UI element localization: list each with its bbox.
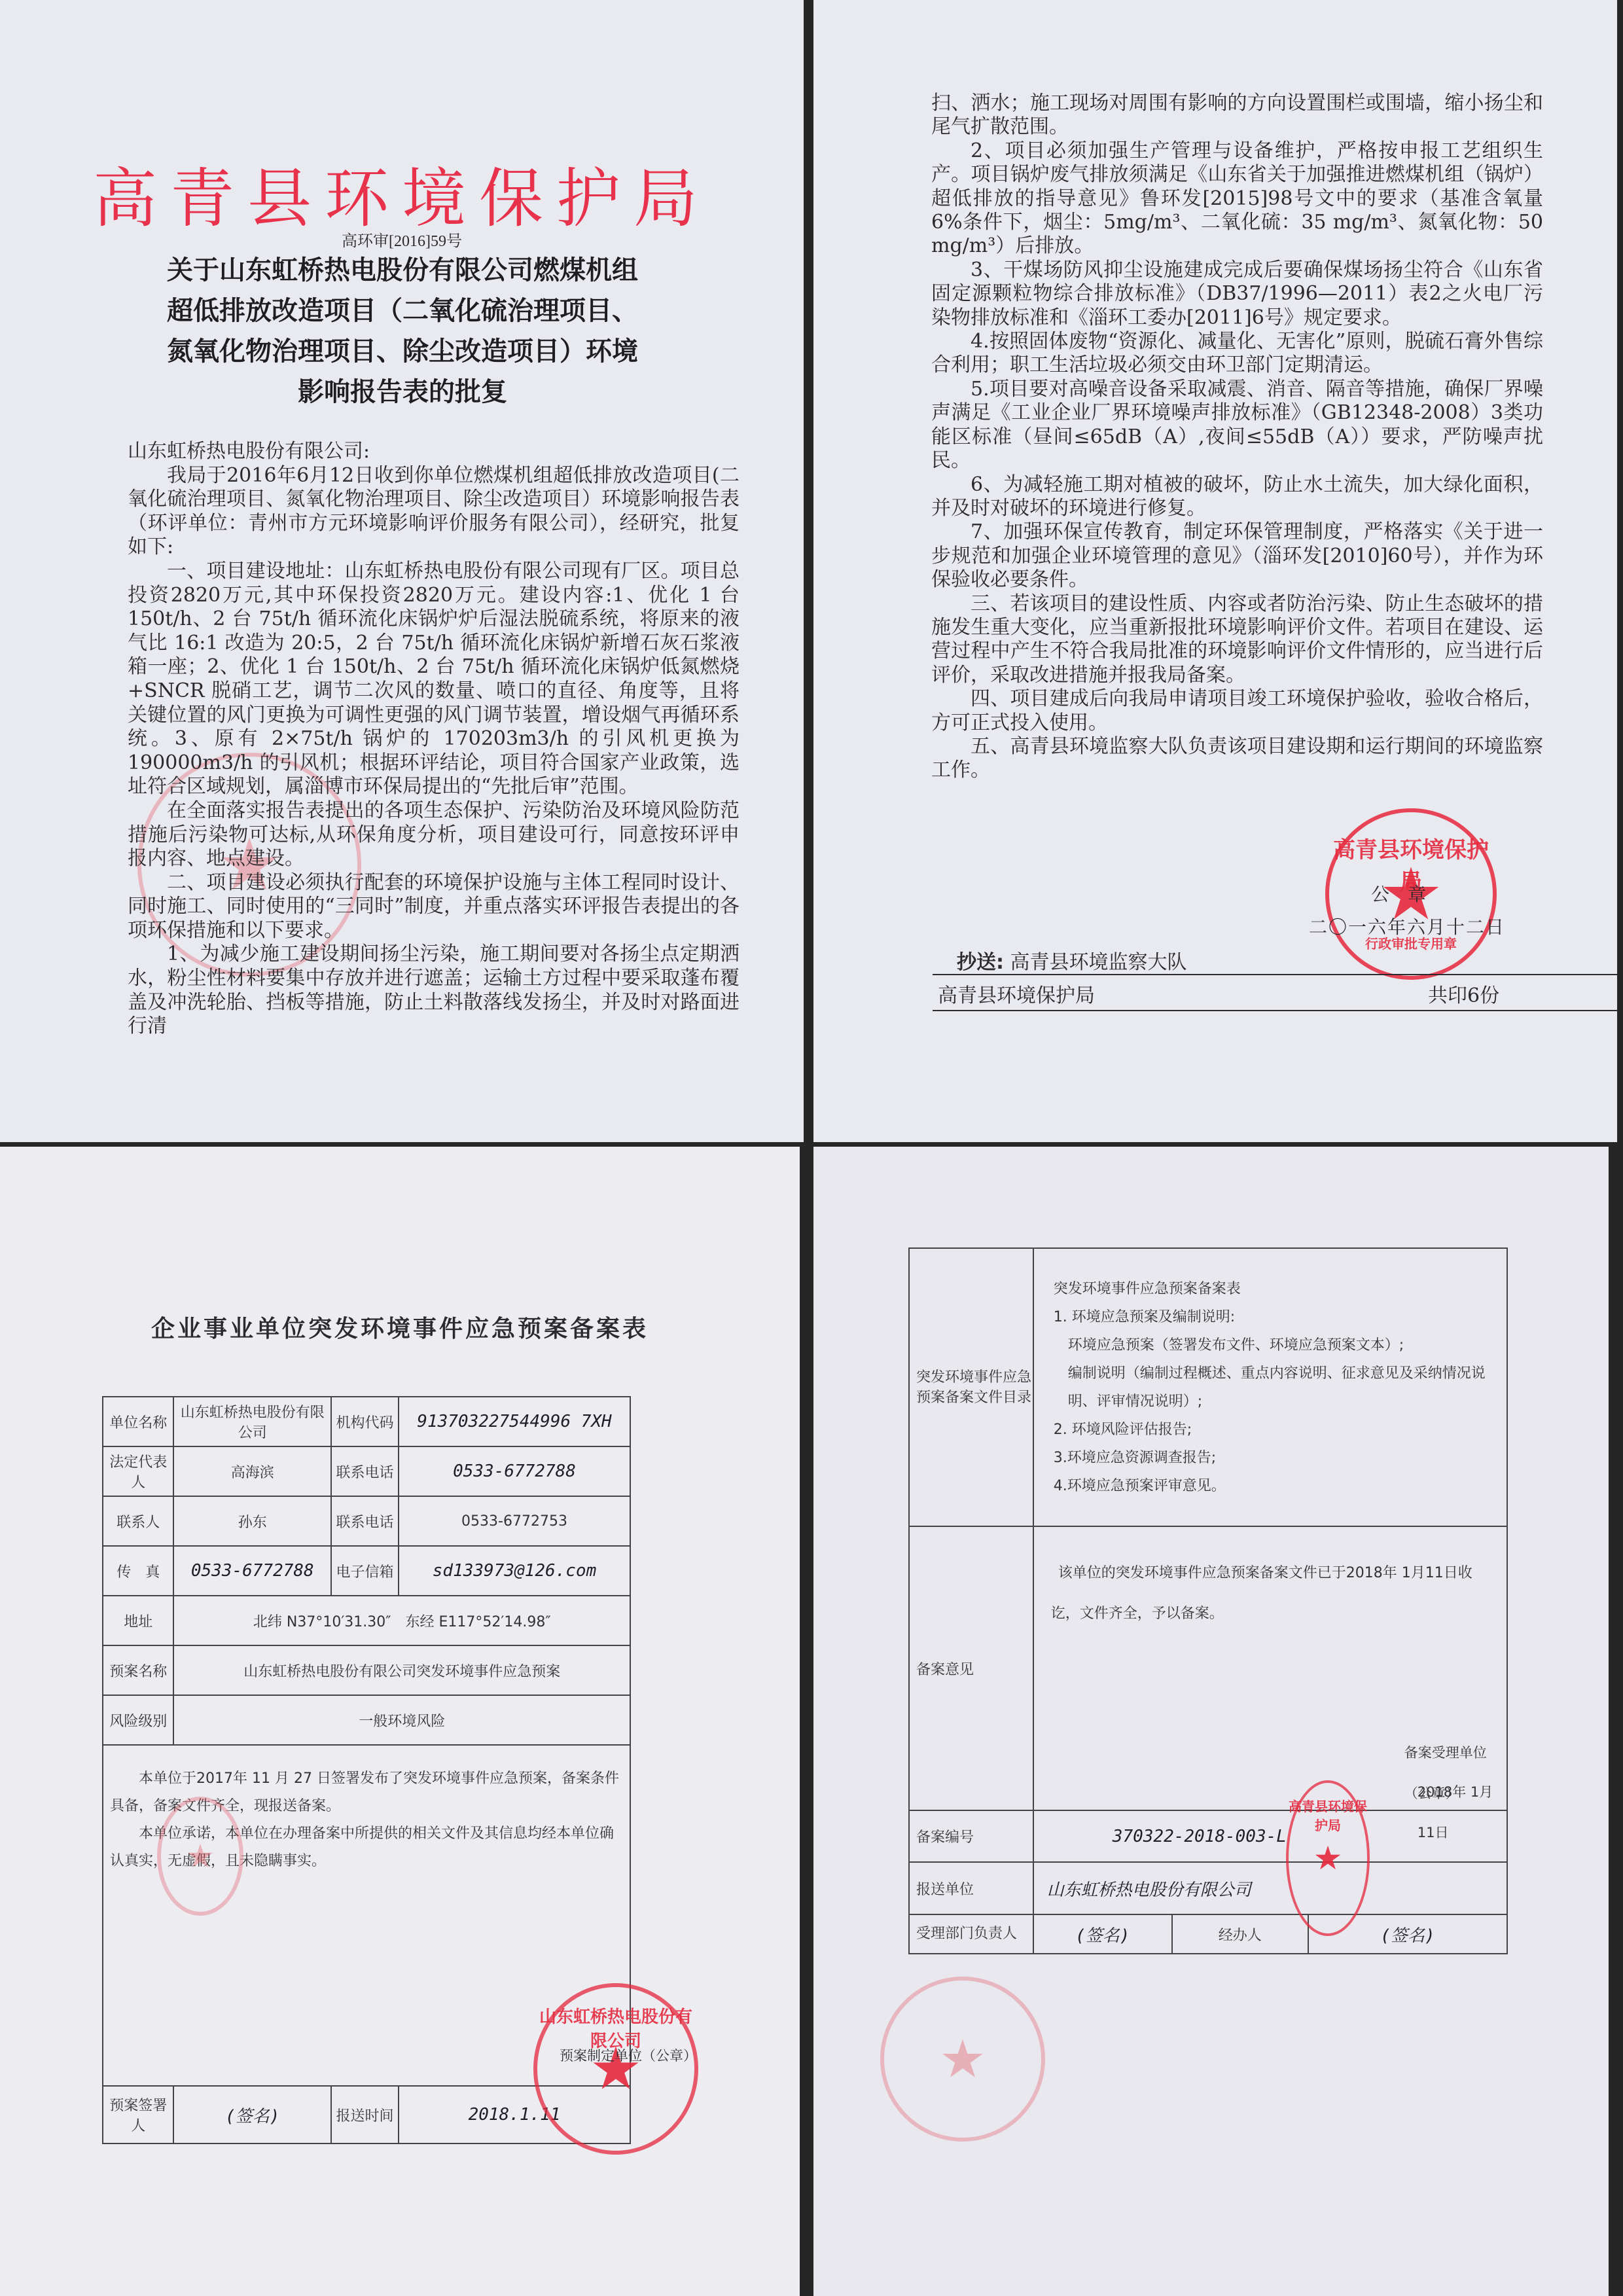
cc-value: 高青县环境监察大队 (1010, 951, 1187, 974)
copies-count: 共印6份 (1428, 979, 1499, 1008)
risk-level-value: 一般环境风险 (173, 1695, 630, 1745)
table-row: 预案名称 山东虹桥热电股份有限公司突发环境事件应急预案 (103, 1645, 630, 1695)
toc-item: 2. 环境风险评估报告; (1054, 1416, 1506, 1444)
table-row: 单位名称 山东虹桥热电股份有限公司 机构代码 913703227544996 7… (103, 1397, 630, 1446)
table-row: 联系人 孙东 联系电话 0533-6772753 (103, 1496, 630, 1546)
risk-level-label: 风险级别 (103, 1695, 173, 1745)
issue-date: 二〇一六年六月十二日 (1309, 913, 1505, 939)
receiving-date: 2018年 1月 11日 (1418, 1772, 1493, 1853)
handler-signature: (签名) (1308, 1914, 1507, 1954)
email-label: 电子信箱 (331, 1546, 399, 1596)
phone-label: 联系电话 (331, 1496, 399, 1546)
submitting-unit-label: 报送单位 (909, 1862, 1033, 1914)
issuer: 高青县环境保护局 (938, 979, 1095, 1008)
fax-label: 传 真 (103, 1546, 173, 1596)
stamp-label: 预案制定单位（公章） (560, 2045, 697, 2065)
signer-label: 预案签署人 (103, 2086, 173, 2144)
opinion-stamp-area: 备案受理单位（公章） 2018年 1月 11日 (1051, 1634, 1493, 1778)
toc-item: 1. 环境应急预案及编制说明: (1054, 1303, 1506, 1331)
statement-paragraph: 本单位于2017年 11 月 27 日签署发布了突发环境事件应急预案，备案条件具… (110, 1765, 623, 1820)
submit-time-label: 报送时间 (331, 2086, 399, 2144)
address-value: 北纬 N37°10′31.30″ 东经 E117°52′14.98″ (173, 1596, 630, 1645)
plan-name-label: 预案名称 (103, 1645, 173, 1695)
legal-rep-label: 法定代表人 (103, 1446, 173, 1496)
letter-body-page-2: 扫、洒水；施工现场对周围有影响的方向设置围栏或围墙，缩小扬尘和尾气扩散范围。2、… (931, 92, 1543, 783)
paragraph: 2、项目必须加强生产管理与设备维护，严格按申报工艺组织生产。项目锅炉废气排放须满… (931, 139, 1543, 259)
table-row: 传 真 0533-6772788 电子信箱 sd133973@126.com (103, 1546, 630, 1596)
org-code-value: 913703227544996 7XH (399, 1397, 630, 1446)
toc-list: 突发环境事件应急预案备案表1. 环境应急预案及编制说明:环境应急预案（签署发布文… (1033, 1248, 1507, 1526)
dept-head-label: 受理部门负责人 (909, 1914, 1033, 1954)
document-number: 高环审[2016]59号 (0, 228, 804, 251)
cc-line: 抄送: 高青县环境监察大队 (957, 946, 1187, 975)
paragraph: 我局于2016年6月12日收到你单位燃煤机组超低排放改造项目(二氧化硫治理项目、… (128, 464, 740, 560)
paragraph: 4.按照固体废物“资源化、减量化、无害化”原则，脱硫石膏外售综合利用；职工生活垃… (931, 330, 1543, 378)
document-title: 关于山东虹桥热电股份有限公司燃煤机组超低排放改造项目（二氧化硫治理项目、氮氧化物… (157, 250, 648, 412)
salutation: 山东虹桥热电股份有限公司: (128, 440, 740, 464)
toc-item: 4.环境应急预案评审意见。 (1054, 1472, 1506, 1500)
submitting-unit-value: 山东虹桥热电股份有限公司 (1033, 1862, 1507, 1914)
divider (933, 974, 1617, 975)
legal-rep-value: 高海滨 (173, 1446, 331, 1496)
table-row: 本单位于2017年 11 月 27 日签署发布了突发环境事件应急预案，备案条件具… (103, 1745, 630, 2086)
paragraph: 6、为减轻施工期对植被的破坏，防止水土流失，加大绿化面积，并及时对破坏的环境进行… (931, 473, 1543, 521)
table-row: 报送单位 山东虹桥热电股份有限公司 (909, 1862, 1507, 1914)
filing-form-table: 单位名称 山东虹桥热电股份有限公司 机构代码 913703227544996 7… (102, 1396, 631, 2144)
paragraph: 二、项目建设必须执行配套的环境保护设施与主体工程同时设计、同时施工、同时使用的“… (128, 871, 740, 943)
paragraph: 7、加强环保宣传教育，制定环保管理制度，严格落实《关于进一步规范和加强企业环境管… (931, 520, 1543, 592)
paragraph: 在全面落实报告表提出的各项生态保护、污染防治及环境风险防范措施后污染物可达标,从… (128, 799, 740, 871)
paragraph: 五、高青县环境监察大队负责该项目建设期和运行期间的环境监察工作。 (931, 735, 1543, 783)
agency-header: 高青县环境保护局 (0, 147, 804, 240)
email-value: sd133973@126.com (399, 1546, 630, 1596)
statement-paragraph: 本单位承诺，本单位在办理备案中所提供的相关文件及其信息均经本单位确认真实，无虚假… (110, 1820, 623, 1875)
opinion-cell: 该单位的突发环境事件应急预案备案文件已于2018年 1月11日收讫，文件齐全，予… (1033, 1526, 1507, 1810)
paragraph: 1、为减少施工建设期间扬尘污染，施工期间要对各扬尘点定期洒水，粉尘性材料要集中存… (128, 942, 740, 1038)
divider (933, 1010, 1617, 1011)
letter-body-page-1: 山东虹桥热电股份有限公司: 我局于2016年6月12日收到你单位燃煤机组超低排放… (128, 440, 740, 1039)
signer-signature: (签名) (173, 2086, 331, 2144)
paragraph: 扫、洒水；施工现场对周围有影响的方向设置围栏或围墙，缩小扬尘和尾气扩散范围。 (931, 92, 1543, 139)
unit-name-label: 单位名称 (103, 1397, 173, 1446)
paragraph: 3、干煤场防风抑尘设施建成完成后要确保煤场扬尘符合《山东省固定源颗粒物综合排放标… (931, 259, 1543, 330)
filing-number-label: 备案编号 (909, 1810, 1033, 1862)
handler-label: 经办人 (1172, 1914, 1308, 1954)
seal-center-text: 公 章 (1371, 880, 1426, 906)
paragraph: 三、若该项目的建设性质、内容或者防治污染、防止生态破坏的措施发生重大变化，应当重… (931, 592, 1543, 688)
table-row: 法定代表人 高海滨 联系电话 0533-6772788 (103, 1446, 630, 1496)
table-row: 突发环境事件应急预案备案文件目录 突发环境事件应急预案备案表1. 环境应急预案及… (909, 1248, 1507, 1526)
submit-time-value: 2018.1.11 (399, 2086, 630, 2144)
paragraph: 四、项目建成后向我局申请项目竣工环境保护验收，验收合格后，方可正式投入使用。 (931, 687, 1543, 735)
table-row: 受理部门负责人 (签名) 经办人 (签名) (909, 1914, 1507, 1954)
phone-label: 联系电话 (331, 1446, 399, 1496)
table-row: 预案签署人 (签名) 报送时间 2018.1.11 (103, 2086, 630, 2144)
dept-head-signature: (签名) (1033, 1914, 1172, 1954)
toc-item: 3.环境应急资源调查报告; (1054, 1444, 1506, 1472)
opinion-label: 备案意见 (909, 1526, 1033, 1810)
statement-cell: 本单位于2017年 11 月 27 日签署发布了突发环境事件应急预案，备案条件具… (103, 1745, 630, 2086)
cc-label: 抄送: (957, 951, 1004, 974)
plan-name-value: 山东虹桥热电股份有限公司突发环境事件应急预案 (173, 1645, 630, 1695)
org-code-label: 机构代码 (331, 1397, 399, 1446)
form-title: 企业事业单位突发环境事件应急预案备案表 (0, 1310, 800, 1344)
table-row: 风险级别 一般环境风险 (103, 1695, 630, 1745)
contact-label: 联系人 (103, 1496, 173, 1546)
paragraph: 一、项目建设地址：山东虹桥热电股份有限公司现有厂区。项目总投资2820万元,其中… (128, 560, 740, 799)
table-row: 地址 北纬 N37°10′31.30″ 东经 E117°52′14.98″ (103, 1596, 630, 1645)
unit-name-value: 山东虹桥热电股份有限公司 (173, 1397, 331, 1446)
filing-receipt-table: 突发环境事件应急预案备案文件目录 突发环境事件应急预案备案表1. 环境应急预案及… (908, 1247, 1508, 1954)
toc-item: 编制说明（编制过程概述、重点内容说明、征求意见及采纳情况说明、评审情况说明）; (1054, 1359, 1506, 1416)
toc-item: 环境应急预案（签署发布文件、环境应急预案文本）; (1054, 1331, 1506, 1359)
toc-item: 突发环境事件应急预案备案表 (1054, 1275, 1506, 1303)
contact-value: 孙东 (173, 1496, 331, 1546)
address-label: 地址 (103, 1596, 173, 1645)
table-row: 备案意见 该单位的突发环境事件应急预案备案文件已于2018年 1月11日收讫，文… (909, 1526, 1507, 1810)
opinion-text: 该单位的突发环境事件应急预案备案文件已于2018年 1月11日收讫，文件齐全，予… (1051, 1553, 1493, 1634)
paragraph: 5.项目要对高噪音设备采取减震、消音、隔音等措施，确保厂界噪声满足《工业企业厂界… (931, 378, 1543, 473)
fax-value: 0533-6772788 (173, 1546, 331, 1596)
phone-value: 0533-6772788 (399, 1446, 630, 1496)
toc-label: 突发环境事件应急预案备案文件目录 (909, 1248, 1033, 1526)
phone-value: 0533-6772753 (399, 1496, 630, 1546)
